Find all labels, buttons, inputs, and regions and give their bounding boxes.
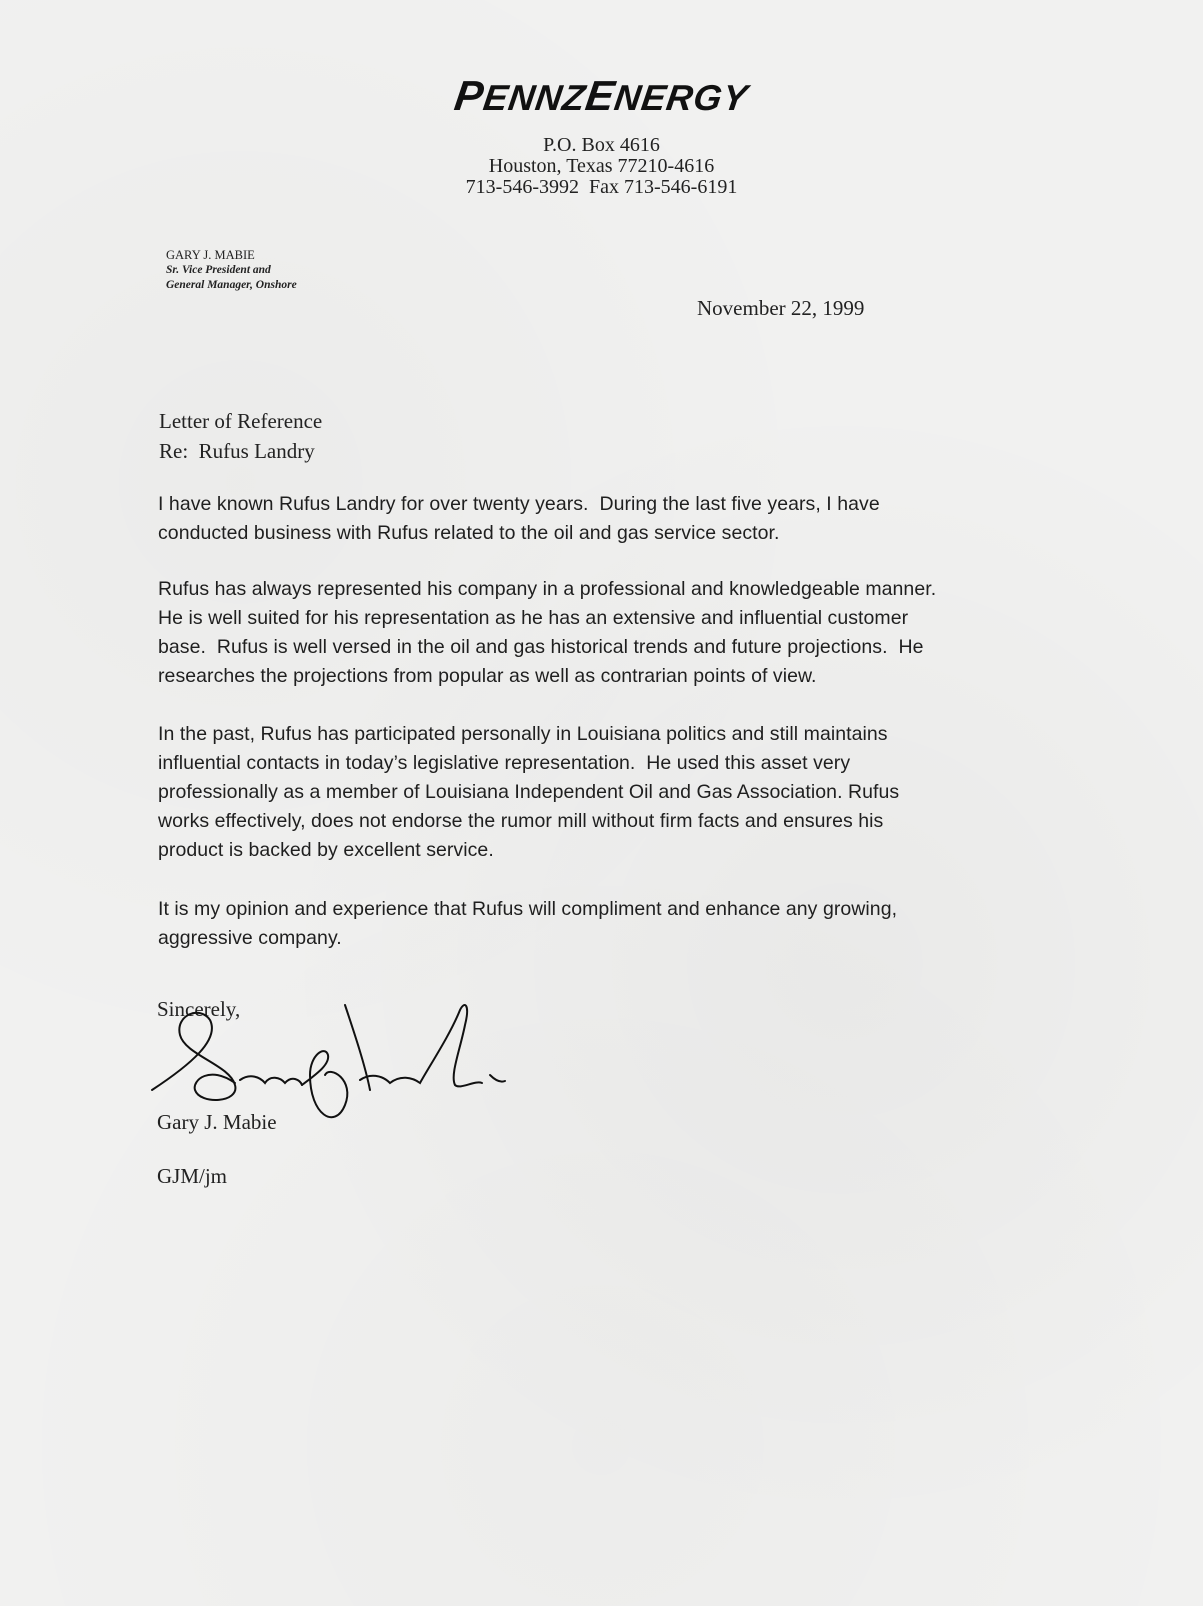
- sender-name: GARY J. MABIE: [166, 248, 297, 263]
- sender-title-1: Sr. Vice President and: [166, 263, 297, 278]
- body-line: It is my opinion and experience that Ruf…: [158, 895, 1058, 924]
- address-line-2: Houston, Texas 77210-4616: [0, 156, 1203, 177]
- body-line: In the past, Rufus has participated pers…: [158, 720, 1058, 749]
- body-line: researches the projections from popular …: [158, 662, 1058, 691]
- letter-date: November 22, 1999: [697, 296, 864, 321]
- signer-name: Gary J. Mabie: [157, 1110, 277, 1135]
- subject-line-2: Re: Rufus Landry: [159, 436, 322, 466]
- subject-line-1: Letter of Reference: [159, 406, 322, 436]
- body-line: professionally as a member of Louisiana …: [158, 778, 1058, 807]
- sender-block: GARY J. MABIE Sr. Vice President and Gen…: [166, 248, 297, 293]
- body-line: base. Rufus is well versed in the oil an…: [158, 633, 1058, 662]
- body-line: works effectively, does not endorse the …: [158, 807, 1058, 836]
- body-line: influential contacts in today’s legislat…: [158, 749, 1058, 778]
- body-line: aggressive company.: [158, 924, 1058, 953]
- body-paragraph: Rufus has always represented his company…: [158, 575, 1058, 691]
- subject-block: Letter of Reference Re: Rufus Landry: [159, 406, 322, 466]
- address-line-1: P.O. Box 4616: [0, 135, 1203, 156]
- body-line: conducted business with Rufus related to…: [158, 519, 1058, 548]
- phone-line: 713-546-3992 Fax 713-546-6191: [0, 177, 1203, 198]
- body-paragraph: I have known Rufus Landry for over twent…: [158, 490, 1058, 548]
- body-line: I have known Rufus Landry for over twent…: [158, 490, 1058, 519]
- body-line: product is backed by excellent service.: [158, 836, 1058, 865]
- body-paragraph: In the past, Rufus has participated pers…: [158, 720, 1058, 865]
- sender-title-2: General Manager, Onshore: [166, 278, 297, 293]
- typist-initials: GJM/jm: [157, 1164, 227, 1189]
- body-line: Rufus has always represented his company…: [158, 575, 1058, 604]
- body-line: He is well suited for his representation…: [158, 604, 1058, 633]
- company-logo: PENNZENERGY: [0, 72, 1203, 120]
- body-paragraph: It is my opinion and experience that Ruf…: [158, 895, 1058, 953]
